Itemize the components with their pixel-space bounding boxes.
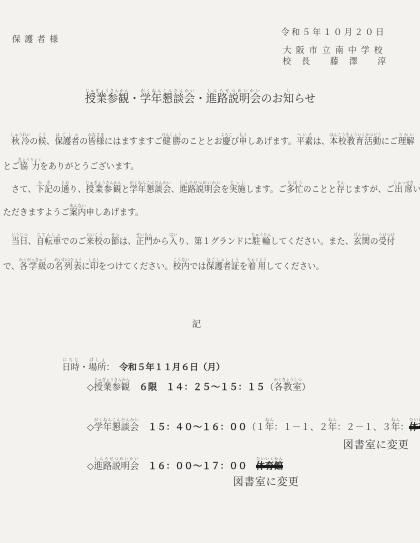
schedule-item-grade-meeting: ◇学年懇談会がくねんこんだんかい １５：４０～１６：００（１年ねん：１－１、２年… [87, 417, 420, 433]
record-marker: 記 [192, 317, 202, 330]
announcement-paragraph-line-1: さて、下記かきの通とおり、授業参観じゅぎょうさんかんと学年懇談会がくねんこんだん… [3, 180, 420, 195]
schedule-item-career-session: ◇進路説明会しんろせつめいかい １６：００～１７：００ 体育館たいいくかん [87, 456, 283, 472]
notice-document-page: 令和５年１０月２０日 保護者様 大阪市立南中学校 校 長 藤 澤 淳 授業参観じ… [0, 0, 420, 543]
schedule-item-class-observation: ◇授業参観じゅぎょうさんかん ６限 １４：２５～１５：１５（各教室かくきょうしつ… [87, 377, 311, 393]
greeting-paragraph-line-1: 秋冷しゅうれいの候こう、保護者ほごしゃの皆様みなさまにはますますご健勝けんしょう… [3, 132, 414, 147]
document-title: 授業参観じゅぎょうさんかん・学年懇談会がくねんこんだんかい・進路説明会しんろせつ… [85, 88, 316, 106]
issue-date: 令和５年１０月２０日 [281, 26, 386, 38]
venue-change-annotation-1: 図書室に変更 [343, 437, 409, 452]
event-date-value: 令和５年１１月６日（月） [119, 362, 225, 372]
venue-change-annotation-2: 図書室に変更 [233, 474, 299, 489]
addressee-line: 保護者様 [12, 33, 62, 45]
datetime-location-label: 日時にちじ・場所ばしょ： [62, 362, 119, 372]
instructions-paragraph-line-1: 当日とうじつ、自転車じてんしゃでのご来校らいこうの節せつは、正門せいもんから入は… [3, 232, 395, 247]
greeting-paragraph-line-2: とご協力きょうりょくをありがとうございます。 [3, 157, 139, 172]
instructions-paragraph-line-2: で、各学級かくがっきゅうの名列表めいれつひょうに印しるしをつけてください。校内こ… [3, 257, 324, 272]
announcement-paragraph-line-2: ただきますようご案内あんない申しあげます。 [3, 203, 143, 218]
datetime-location-line: 日時にちじ・場所ばしょ： 令和５年１１月６日（月） [62, 357, 225, 373]
principal-name: 校 長 藤 澤 淳 [282, 55, 387, 67]
